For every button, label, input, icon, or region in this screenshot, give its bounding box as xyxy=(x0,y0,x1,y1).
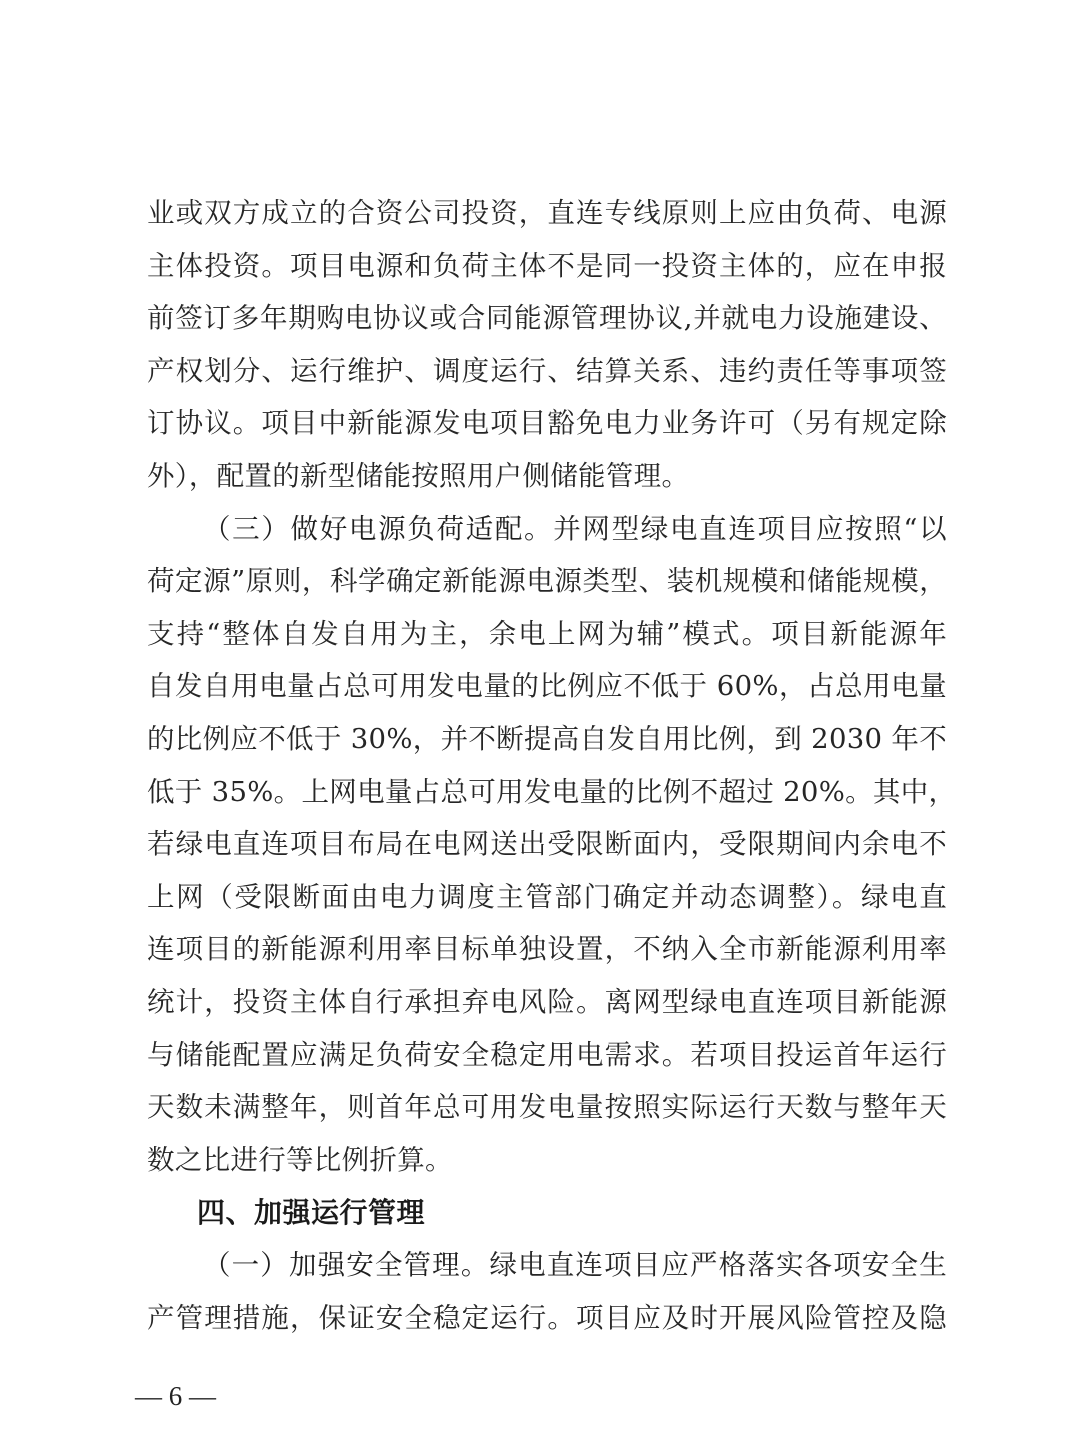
paragraph-line: 上网（受限断面由电力调度主管部门确定并动态调整）。绿电直 xyxy=(147,877,947,917)
paragraph-line: 主体投资。项目电源和负荷主体不是同一投资主体的，应在申报 xyxy=(147,246,947,286)
paragraph-line: 自发自用电量占总可用发电量的比例应不低于 60%，占总用电量 xyxy=(147,666,947,706)
paragraph-line: 订协议。项目中新能源发电项目豁免电力业务许可（另有规定除 xyxy=(147,403,947,443)
section-3-first-line-text: 并网型绿电直连项目应按照“以 xyxy=(553,513,947,545)
paragraph-line: 低于 35%。上网电量占总可用发电量的比例不超过 20%。其中， xyxy=(147,772,947,812)
section-3-first-line: （三）做好电源负荷适配。并网型绿电直连项目应按照“以 xyxy=(203,509,947,549)
paragraph-line: 天数未满整年，则首年总可用发电量按照实际运行天数与整年天 xyxy=(147,1087,947,1127)
paragraph-line: 业或双方成立的合资公司投资，直连专线原则上应由负荷、电源 xyxy=(147,193,947,233)
paragraph-line: 前签订多年期购电协议或合同能源管理协议,并就电力设施建设、 xyxy=(147,298,947,338)
paragraph-line: 数之比进行等比例折算。 xyxy=(147,1140,947,1180)
chapter-heading: 四、加强运行管理 xyxy=(197,1193,425,1233)
paragraph-line: 与储能配置应满足负荷安全稳定用电需求。若项目投运首年运行 xyxy=(147,1035,947,1075)
paragraph-line: 统计，投资主体自行承担弃电风险。离网型绿电直连项目新能源 xyxy=(147,982,947,1022)
paragraph-line: 荷定源”原则，科学确定新能源电源类型、装机规模和储能规模， xyxy=(147,561,947,601)
section-1-subheading: （一）加强安全管理。 xyxy=(203,1249,489,1281)
section-3-subheading: （三）做好电源负荷适配。 xyxy=(203,513,553,545)
page-number: — 6 — xyxy=(135,1378,216,1414)
paragraph-line: 连项目的新能源利用率目标单独设置，不纳入全市新能源利用率 xyxy=(147,929,947,969)
paragraph-line: 支持“整体自发自用为主，余电上网为辅”模式。项目新能源年 xyxy=(147,614,947,654)
document-page: 业或双方成立的合资公司投资，直连专线原则上应由负荷、电源 主体投资。项目电源和负… xyxy=(0,0,1080,1455)
paragraph-line: 产管理措施，保证安全稳定运行。项目应及时开展风险管控及隐 xyxy=(147,1298,947,1338)
paragraph-line: 的比例应不低于 30%，并不断提高自发自用比例，到 2030 年不 xyxy=(147,719,947,759)
paragraph-line: 若绿电直连项目布局在电网送出受限断面内，受限期间内余电不 xyxy=(147,824,947,864)
paragraph-line: 外），配置的新型储能按照用户侧储能管理。 xyxy=(147,456,947,496)
section-1-first-line-text: 绿电直连项目应严格落实各项安全生 xyxy=(489,1249,947,1281)
section-1-first-line: （一）加强安全管理。绿电直连项目应严格落实各项安全生 xyxy=(203,1245,947,1285)
paragraph-line: 产权划分、运行维护、调度运行、结算关系、违约责任等事项签 xyxy=(147,351,947,391)
